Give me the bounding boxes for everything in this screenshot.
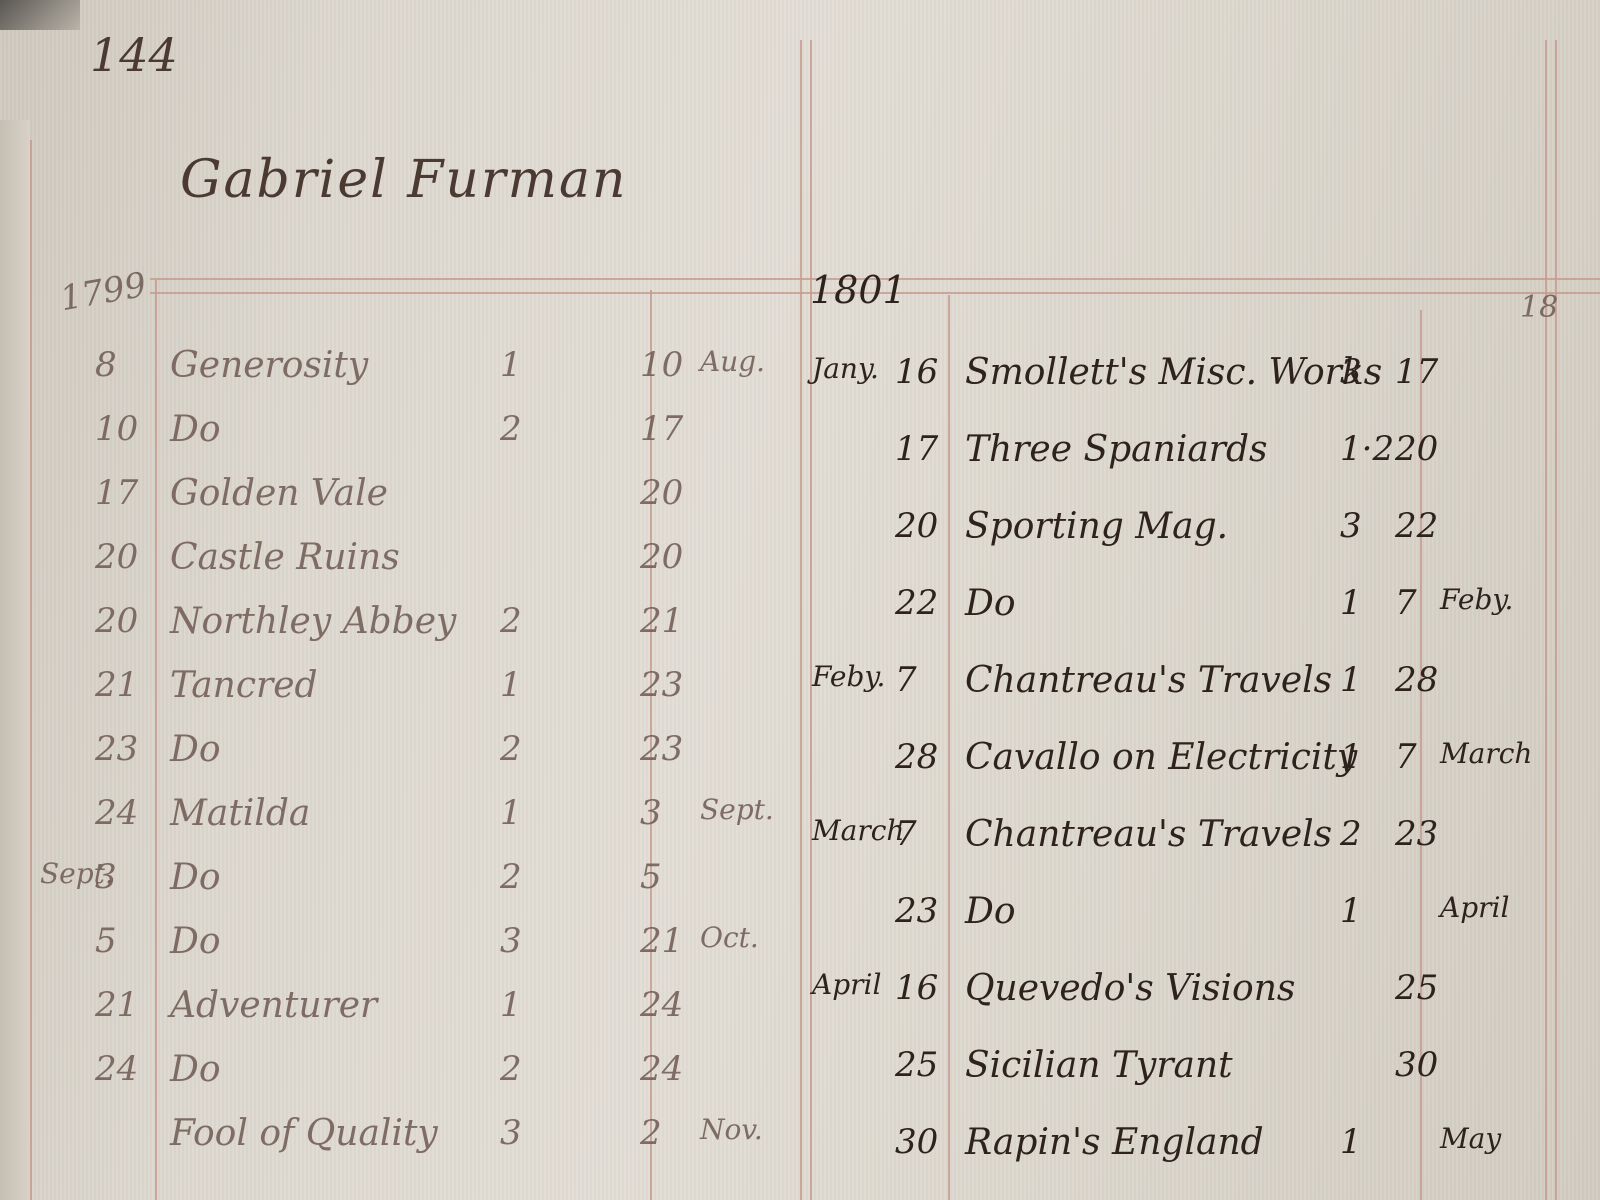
- year-left: 1799: [57, 265, 149, 319]
- entry-volume: 1: [1340, 660, 1362, 700]
- entry-volume: 1·2: [1340, 429, 1394, 469]
- entry-volume: 1: [500, 345, 522, 385]
- page-number: 144: [90, 28, 178, 82]
- entry-returned-month: March: [1440, 737, 1532, 770]
- entry-day: 23: [95, 729, 138, 769]
- entry-returned-day: 30: [1395, 1045, 1438, 1085]
- entry-day: 5: [95, 921, 117, 961]
- entry-returned-day: 20: [1395, 429, 1438, 469]
- entry-title: Generosity: [170, 345, 368, 386]
- entry-volume: 1: [1340, 737, 1362, 777]
- entry-returned-day: 24: [640, 1049, 683, 1089]
- entry-returned-day: 23: [640, 729, 683, 769]
- entry-title: Castle Ruins: [170, 537, 400, 578]
- entry-volume: 1: [500, 985, 522, 1025]
- entry-returned-day: 5: [640, 857, 662, 897]
- entry-title: Rapin's England: [965, 1122, 1264, 1163]
- entry-day: 16: [895, 968, 938, 1008]
- entry-title: Do: [965, 583, 1016, 624]
- entry-title: Adventurer: [170, 985, 377, 1026]
- entry-title: Matilda: [170, 793, 310, 834]
- entry-returned-day: 21: [640, 921, 683, 961]
- entry-day: 23: [895, 891, 938, 931]
- entry-title: Chantreau's Travels: [965, 660, 1332, 701]
- entry-day: 24: [95, 1049, 138, 1089]
- entry-title: Do: [170, 857, 221, 898]
- entry-day: 30: [895, 1122, 938, 1162]
- entry-day: 21: [95, 985, 138, 1025]
- entry-returned-day: 24: [640, 985, 683, 1025]
- margin-rule: [30, 140, 32, 1200]
- entry-day: 7: [895, 814, 917, 854]
- right-edge-rule-a: [1545, 40, 1547, 1200]
- entry-day: 8: [95, 345, 117, 385]
- entry-day: 20: [95, 601, 138, 641]
- entry-day: 10: [95, 409, 138, 449]
- entry-returned-day: 28: [1395, 660, 1438, 700]
- entry-title: Chantreau's Travels: [965, 814, 1332, 855]
- center-rule-b: [810, 40, 812, 1200]
- entry-title: Do: [170, 409, 221, 450]
- entry-returned-month: May: [1440, 1122, 1501, 1155]
- entry-title: Do: [170, 921, 221, 962]
- entry-title: Do: [170, 1049, 221, 1090]
- entry-volume: 3: [500, 921, 522, 961]
- entry-returned-day: 22: [1395, 506, 1438, 546]
- entry-returned-day: 23: [1395, 814, 1438, 854]
- entry-volume: 1: [1340, 583, 1362, 623]
- entry-title: Sporting Mag.: [965, 506, 1228, 547]
- entry-returned-day: 10: [640, 345, 683, 385]
- entry-month: Jany.: [812, 352, 879, 385]
- center-rule-a: [800, 40, 802, 1200]
- entry-title: Sicilian Tyrant: [965, 1045, 1233, 1086]
- entry-returned-day: 3: [640, 793, 662, 833]
- entry-returned-month: Nov.: [700, 1113, 763, 1146]
- entry-title: Smollett's Misc. Works: [965, 352, 1382, 393]
- entry-volume: 1: [500, 793, 522, 833]
- entry-volume: 2: [500, 1049, 522, 1089]
- entry-day: 24: [95, 793, 138, 833]
- entry-returned-month: Oct.: [700, 921, 759, 954]
- entry-volume: 3: [1340, 506, 1362, 546]
- entry-volume: 1: [1340, 1122, 1362, 1162]
- ledger-page: 144 Gabriel Furman 1799 1801 18 8Generos…: [0, 0, 1600, 1200]
- entry-title: Northley Abbey: [170, 601, 456, 642]
- entry-day: 7: [895, 660, 917, 700]
- year-mid: 1801: [810, 268, 907, 312]
- entry-returned-day: 17: [640, 409, 683, 449]
- entry-returned-month: Sept.: [700, 793, 774, 826]
- entry-returned-day: 20: [640, 473, 683, 513]
- entry-volume: 1: [1340, 891, 1362, 931]
- entry-day: 28: [895, 737, 938, 777]
- entry-volume: 2: [500, 857, 522, 897]
- entry-day: 3: [95, 857, 117, 897]
- entry-returned-day: 21: [640, 601, 683, 641]
- entry-title: Golden Vale: [170, 473, 388, 514]
- entry-returned-day: 2: [640, 1113, 662, 1153]
- entry-returned-day: 7: [1395, 583, 1417, 623]
- entry-day: 16: [895, 352, 938, 392]
- entry-volume: 2: [500, 601, 522, 641]
- page-corner-shadow: [0, 0, 80, 30]
- entry-volume: 1: [500, 665, 522, 705]
- entry-returned-day: 25: [1395, 968, 1438, 1008]
- entry-returned-month: Aug.: [700, 345, 765, 378]
- entry-title: Three Spaniards: [965, 429, 1268, 470]
- entry-volume: 2: [500, 729, 522, 769]
- entry-returned-month: April: [1440, 891, 1509, 924]
- entry-day: 21: [95, 665, 138, 705]
- entry-day: 20: [895, 506, 938, 546]
- left-date-rule: [155, 280, 157, 1200]
- entry-volume: 3: [1340, 352, 1362, 392]
- entry-title: Fool of Quality: [170, 1113, 438, 1154]
- entry-returned-day: 20: [640, 537, 683, 577]
- account-name: Gabriel Furman: [180, 150, 627, 210]
- entry-day: 25: [895, 1045, 938, 1085]
- entry-day: 17: [95, 473, 138, 513]
- entry-returned-day: 17: [1395, 352, 1438, 392]
- entry-month: March: [812, 814, 904, 847]
- page-binding-edge: [0, 120, 30, 1200]
- right-date-rule: [948, 295, 950, 1200]
- entry-returned-month: Feby.: [1440, 583, 1513, 616]
- entry-title: Tancred: [170, 665, 318, 706]
- entry-title: Quevedo's Visions: [965, 968, 1295, 1009]
- entry-month: April: [812, 968, 881, 1001]
- entry-title: Do: [965, 891, 1016, 932]
- entry-returned-day: 23: [640, 665, 683, 705]
- entry-day: 17: [895, 429, 938, 469]
- right-edge-rule-b: [1555, 40, 1557, 1200]
- entry-title: Cavallo on Electricity: [965, 737, 1357, 778]
- entry-title: Do: [170, 729, 221, 770]
- entry-day: 20: [95, 537, 138, 577]
- entry-volume: 3: [500, 1113, 522, 1153]
- entry-month: Feby.: [812, 660, 885, 693]
- entry-returned-day: 7: [1395, 737, 1417, 777]
- entry-volume: 2: [1340, 814, 1362, 854]
- year-right: 18: [1520, 290, 1558, 325]
- entry-volume: 2: [500, 409, 522, 449]
- entry-day: 22: [895, 583, 938, 623]
